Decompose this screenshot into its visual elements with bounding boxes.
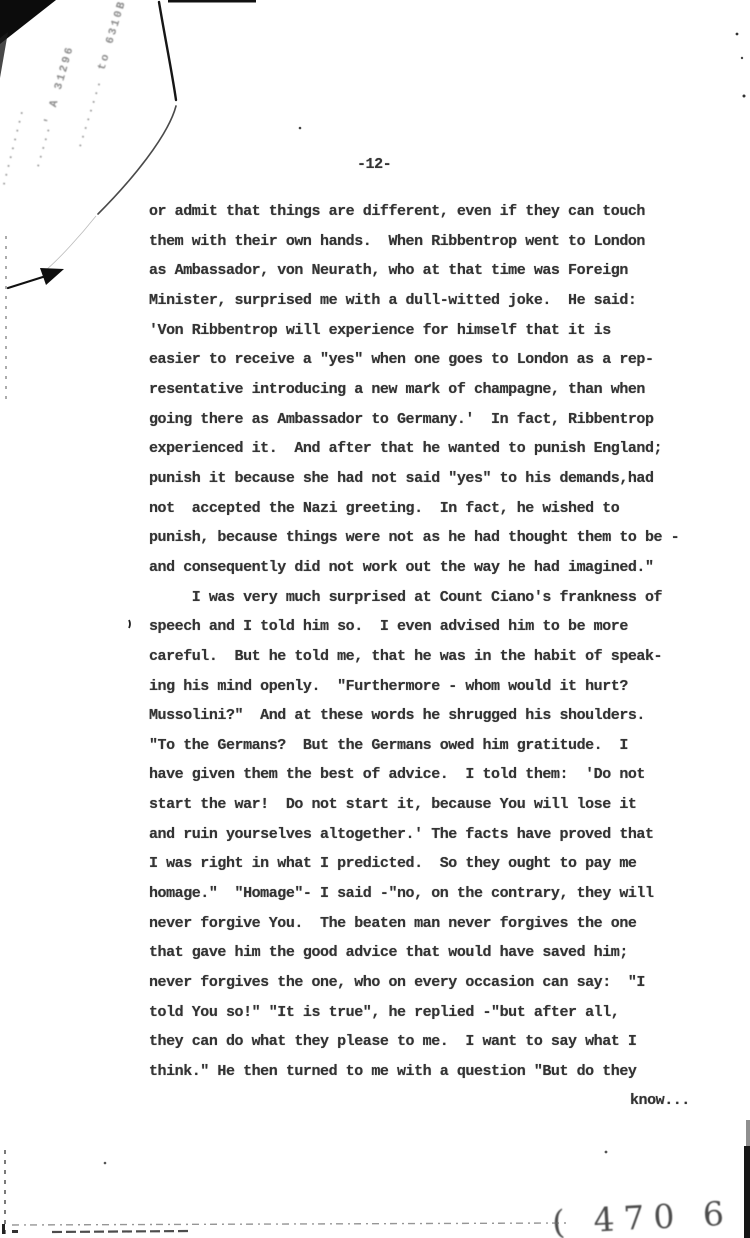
typewritten-line: they can do what they please to me. I wa… [149, 1027, 709, 1057]
typewritten-line: not accepted the Nazi greeting. In fact,… [149, 494, 709, 524]
typewritten-line: and ruin yourselves altogether.' The fac… [149, 820, 709, 850]
handwritten-note: ( 470 6 13 [551, 1189, 750, 1238]
typewritten-line: punish it because she had not said "yes"… [149, 464, 709, 494]
corner-shadow-artifact [0, 32, 8, 78]
speck [736, 33, 739, 36]
typewritten-line: 'Von Ribbentrop will experience for hims… [149, 316, 709, 346]
typewritten-line: "To the Germans? But the Germans owed hi… [149, 731, 709, 761]
typewritten-line: have given them the best of advice. I to… [149, 760, 709, 790]
typewritten-line: start the war! Do not start it, because … [149, 790, 709, 820]
typewritten-line: told You so!" "It is true", he replied -… [149, 998, 709, 1028]
typewritten-line: resentative introducing a new mark of ch… [149, 375, 709, 405]
typewritten-line: ing his mind openly. "Furthermore - whom… [149, 672, 709, 702]
typewritten-line: careful. But he told me, that he was in … [149, 642, 709, 672]
fold-crease [159, 2, 176, 100]
catchword: know... [630, 1086, 690, 1116]
scanned-document-page: ........ to 6310B .....' A 31296 .......… [0, 0, 750, 1238]
fold-crease [46, 216, 96, 270]
corner-shadow-artifact [0, 0, 56, 44]
typewritten-line: them with their own hands. When Ribbentr… [149, 227, 709, 257]
speck [743, 95, 746, 98]
stamp-line: .....' A 31296 [30, 44, 77, 170]
typewritten-line: experienced it. And after that he wanted… [149, 434, 709, 464]
arrow-mark [8, 276, 46, 288]
typewritten-line: easier to receive a "yes" when one goes … [149, 345, 709, 375]
speck [104, 1162, 107, 1165]
edge-band-artifact [746, 1120, 750, 1146]
stamp-line: ........ to 6310B [73, 0, 130, 150]
typewritten-line: Mussolini?" And at these words he shrugg… [149, 701, 709, 731]
typewritten-line: I was right in what I predicted. So they… [149, 849, 709, 879]
typewritten-line: and consequently did not work out the wa… [149, 553, 709, 583]
speck [12, 1230, 18, 1233]
margin-tick [129, 620, 130, 628]
typewritten-line: think." He then turned to me with a ques… [149, 1057, 709, 1087]
typewritten-line: or admit that things are different, even… [149, 197, 709, 227]
typewritten-line: never forgive You. The beaten man never … [149, 909, 709, 939]
typewritten-line: punish, because things were not as he ha… [149, 523, 709, 553]
speck [741, 57, 743, 59]
stamp-line: ......... [0, 106, 28, 188]
typewritten-line: homage." "Homage"- I said -"no, on the c… [149, 879, 709, 909]
typewritten-line: that gave him the good advice that would… [149, 938, 709, 968]
typewritten-body: or admit that things are different, even… [149, 197, 709, 1087]
rotated-stamp: ........ to 6310B .....' A 31296 .......… [0, 0, 220, 230]
typewritten-line: going there as Ambassador to Germany.' I… [149, 405, 709, 435]
speck [2, 1224, 5, 1234]
arrow-mark-head [40, 268, 64, 285]
typewritten-line: as Ambassador, von Neurath, who at that … [149, 256, 709, 286]
page-number: -12- [357, 150, 391, 180]
typewritten-line: never forgives the one, who on every occ… [149, 968, 709, 998]
bottom-dashed-line [52, 1231, 192, 1232]
typewritten-line: speech and I told him so. I even advised… [149, 612, 709, 642]
typewritten-line: Minister, surprised me with a dull-witte… [149, 286, 709, 316]
edge-streak-artifact [168, 0, 256, 3]
bottom-dashed-line [12, 1223, 566, 1225]
speck [299, 127, 302, 130]
speck [605, 1151, 608, 1154]
typewritten-line: I was very much surprised at Count Ciano… [149, 583, 709, 613]
